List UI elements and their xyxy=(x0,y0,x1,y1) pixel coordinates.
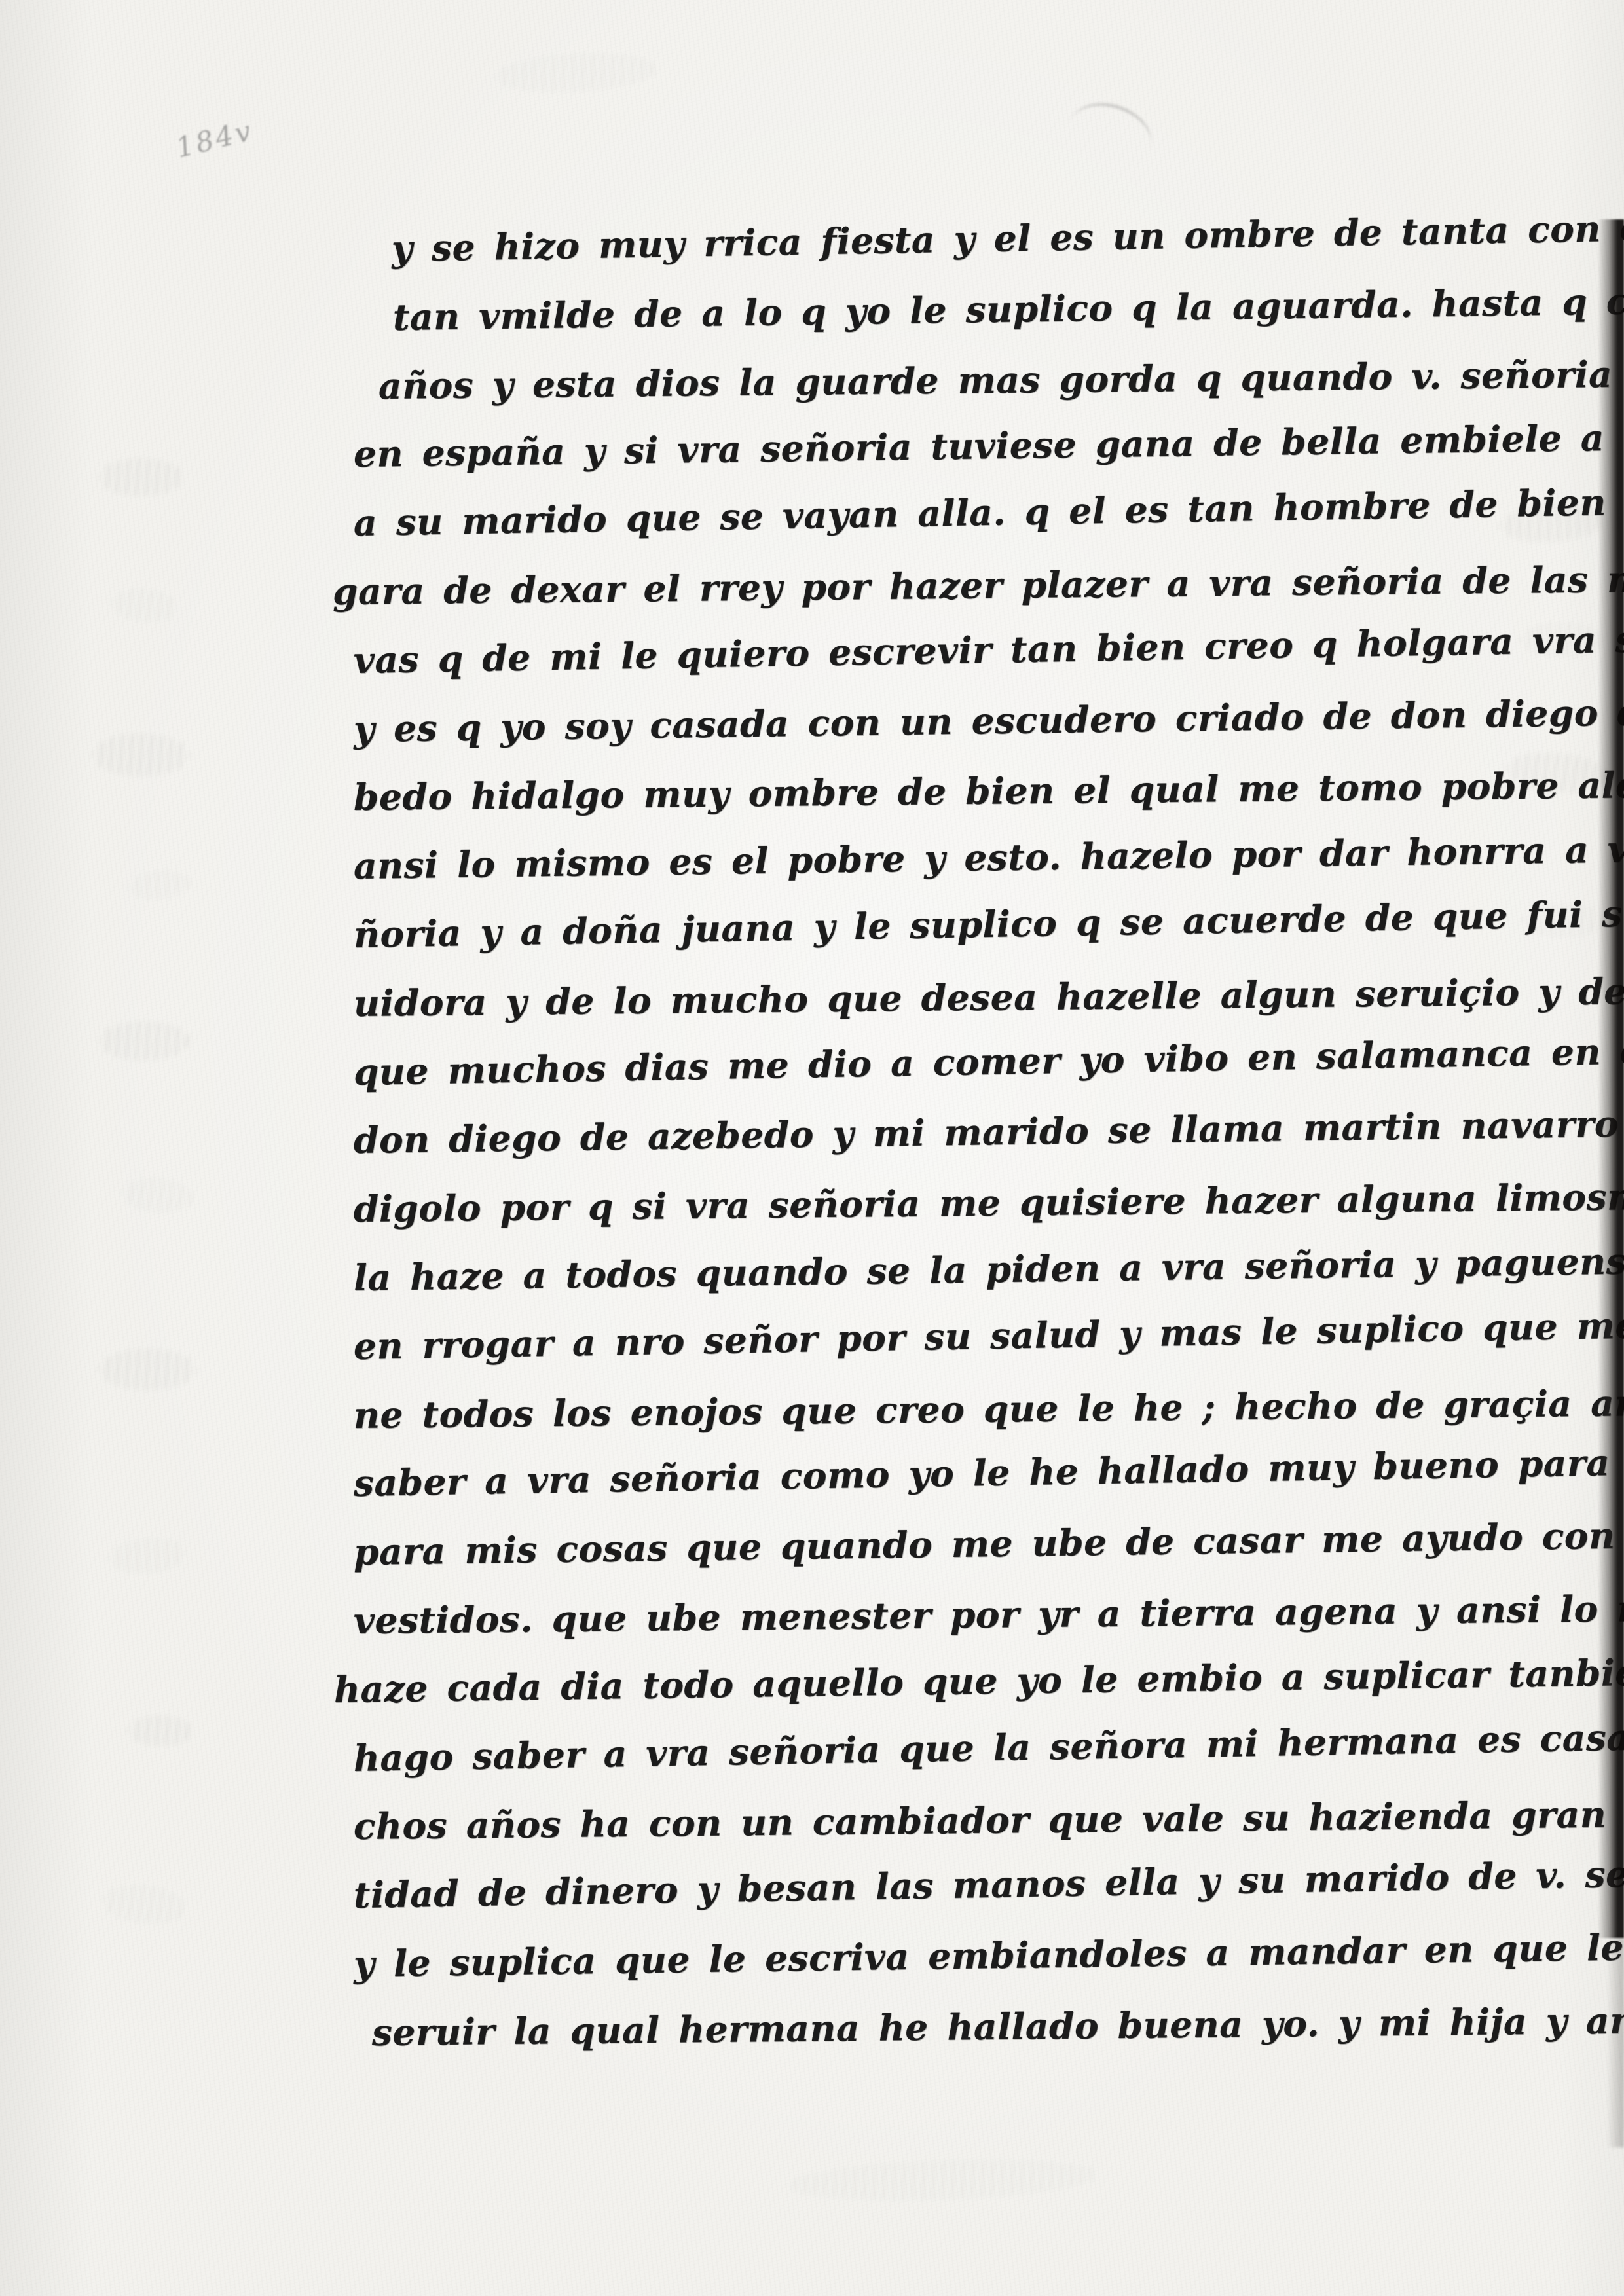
letter-body: y se hizo muy rrica fiesta y el es un om… xyxy=(0,215,1624,2068)
manuscript-line: seruir la qual hermana he hallado buena … xyxy=(371,1986,1624,2067)
ink-bleed-smudge xyxy=(785,2155,1101,2206)
folio-number-annotation: 184v xyxy=(173,114,257,164)
binding-gutter-shadow-tail xyxy=(1607,1938,1624,2147)
binding-gutter-shadow xyxy=(1598,219,1624,1938)
manuscript-scan-page: { "page": { "folio_number": "184v" }, "l… xyxy=(0,0,1624,2296)
ink-bleed-curl xyxy=(1060,93,1160,178)
ink-bleed-smudge xyxy=(494,49,659,96)
